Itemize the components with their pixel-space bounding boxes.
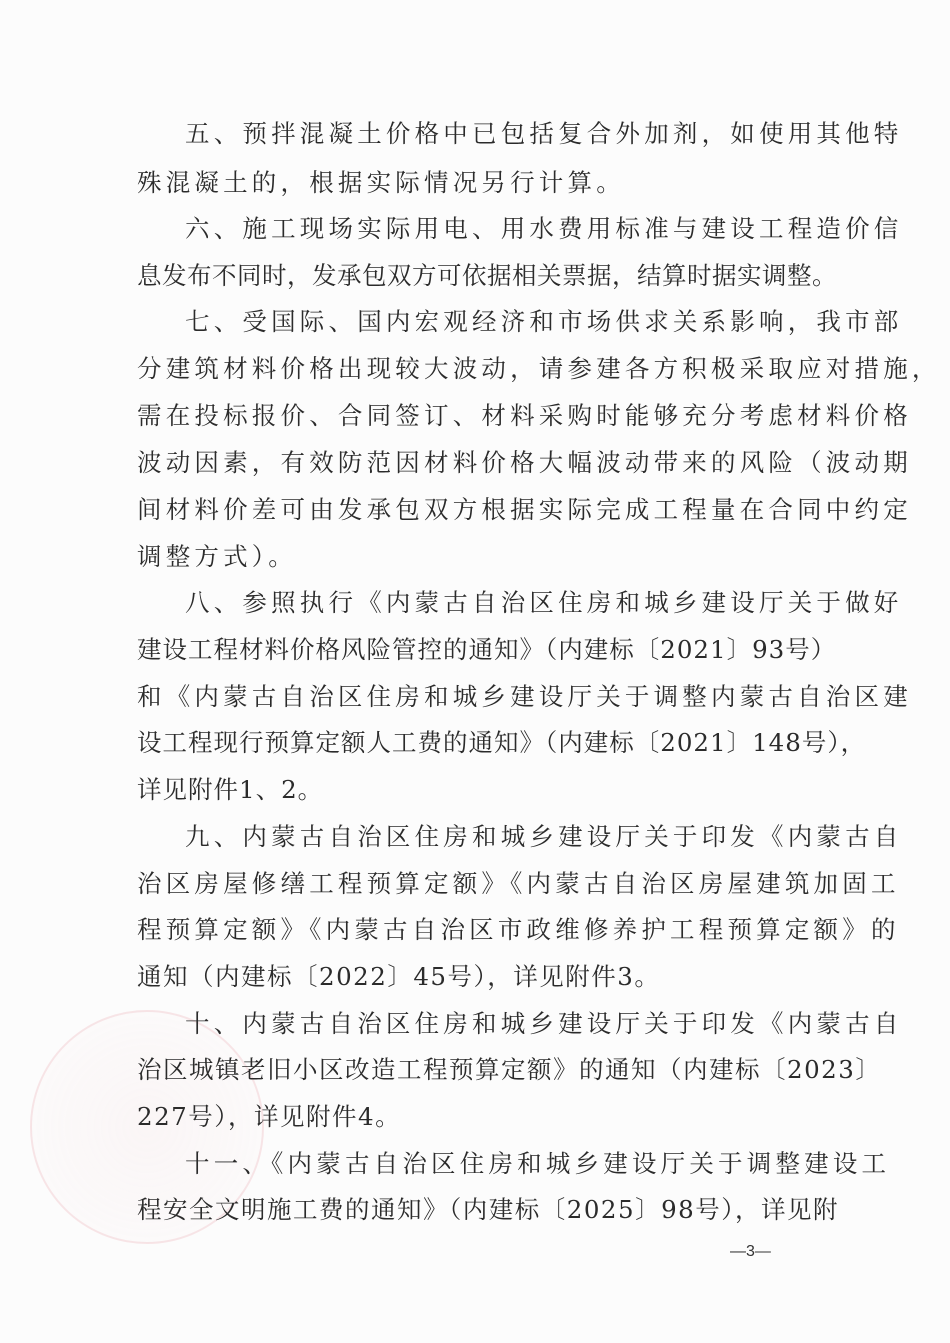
paragraph-line: 十一、《内蒙古自治区住房和城乡建设厅关于调整建设工 bbox=[185, 1148, 820, 1180]
paragraph-line: 五、预拌混凝土价格中已包括复合外加剂，如使用其他特 bbox=[185, 118, 820, 150]
paragraph-line: 六、施工现场实际用电、用水费用标准与建设工程造价信 bbox=[185, 213, 820, 245]
paragraph-line: 分建筑材料价格出现较大波动，请参建各方积极采取应对措施， bbox=[137, 353, 820, 385]
paragraph-line: 治区房屋修缮工程预算定额》《内蒙古自治区房屋建筑加固工 bbox=[137, 868, 820, 900]
paragraph-line: 建设工程材料价格风险管控的通知》（内建标〔2021〕93号） bbox=[137, 634, 820, 666]
paragraph-line: 和《内蒙古自治区住房和城乡建设厅关于调整内蒙古自治区建 bbox=[137, 681, 820, 713]
paragraph-line: 227号），详见附件4。 bbox=[137, 1101, 820, 1133]
paragraph-line: 波动因素，有效防范因材料价格大幅波动带来的风险（波动期 bbox=[137, 447, 820, 479]
paragraph-line: 程预算定额》《内蒙古自治区市政维修养护工程预算定额》的 bbox=[137, 914, 820, 946]
paragraph-line: 七、受国际、国内宏观经济和市场供求关系影响，我市部 bbox=[185, 306, 820, 338]
paragraph-line: 调整方式）。 bbox=[137, 541, 820, 573]
paragraph-line: 设工程现行预算定额人工费的通知》（内建标〔2021〕148号）， bbox=[137, 727, 820, 759]
paragraph-line: 治区城镇老旧小区改造工程预算定额》的通知（内建标〔2023〕 bbox=[137, 1054, 820, 1086]
paragraph-line: 详见附件1、2。 bbox=[137, 774, 820, 806]
paragraph-line: 殊混凝土的，根据实际情况另行计算。 bbox=[137, 167, 820, 199]
paragraph-line: 间材料价差可由发承包双方根据实际完成工程量在合同中约定 bbox=[137, 494, 820, 526]
paragraph-line: 八、参照执行《内蒙古自治区住房和城乡建设厅关于做好 bbox=[185, 587, 820, 619]
paragraph-line: 九、内蒙古自治区住房和城乡建设厅关于印发《内蒙古自 bbox=[185, 821, 820, 853]
paragraph-line: 十、内蒙古自治区住房和城乡建设厅关于印发《内蒙古自 bbox=[185, 1008, 820, 1040]
document-page: 五、预拌混凝土价格中已包括复合外加剂，如使用其他特 殊混凝土的，根据实际情况另行… bbox=[0, 0, 950, 1343]
paragraph-line: 通知（内建标〔2022〕45号），详见附件3。 bbox=[137, 961, 820, 993]
paragraph-line: 息发布不同时，发承包双方可依据相关票据，结算时据实调整。 bbox=[137, 260, 820, 292]
page-number: —3— bbox=[730, 1243, 771, 1261]
paragraph-line: 程安全文明施工费的通知》（内建标〔2025〕98号），详见附 bbox=[137, 1194, 820, 1226]
paragraph-line: 需在投标报价、合同签订、材料采购时能够充分考虑材料价格 bbox=[137, 400, 820, 432]
